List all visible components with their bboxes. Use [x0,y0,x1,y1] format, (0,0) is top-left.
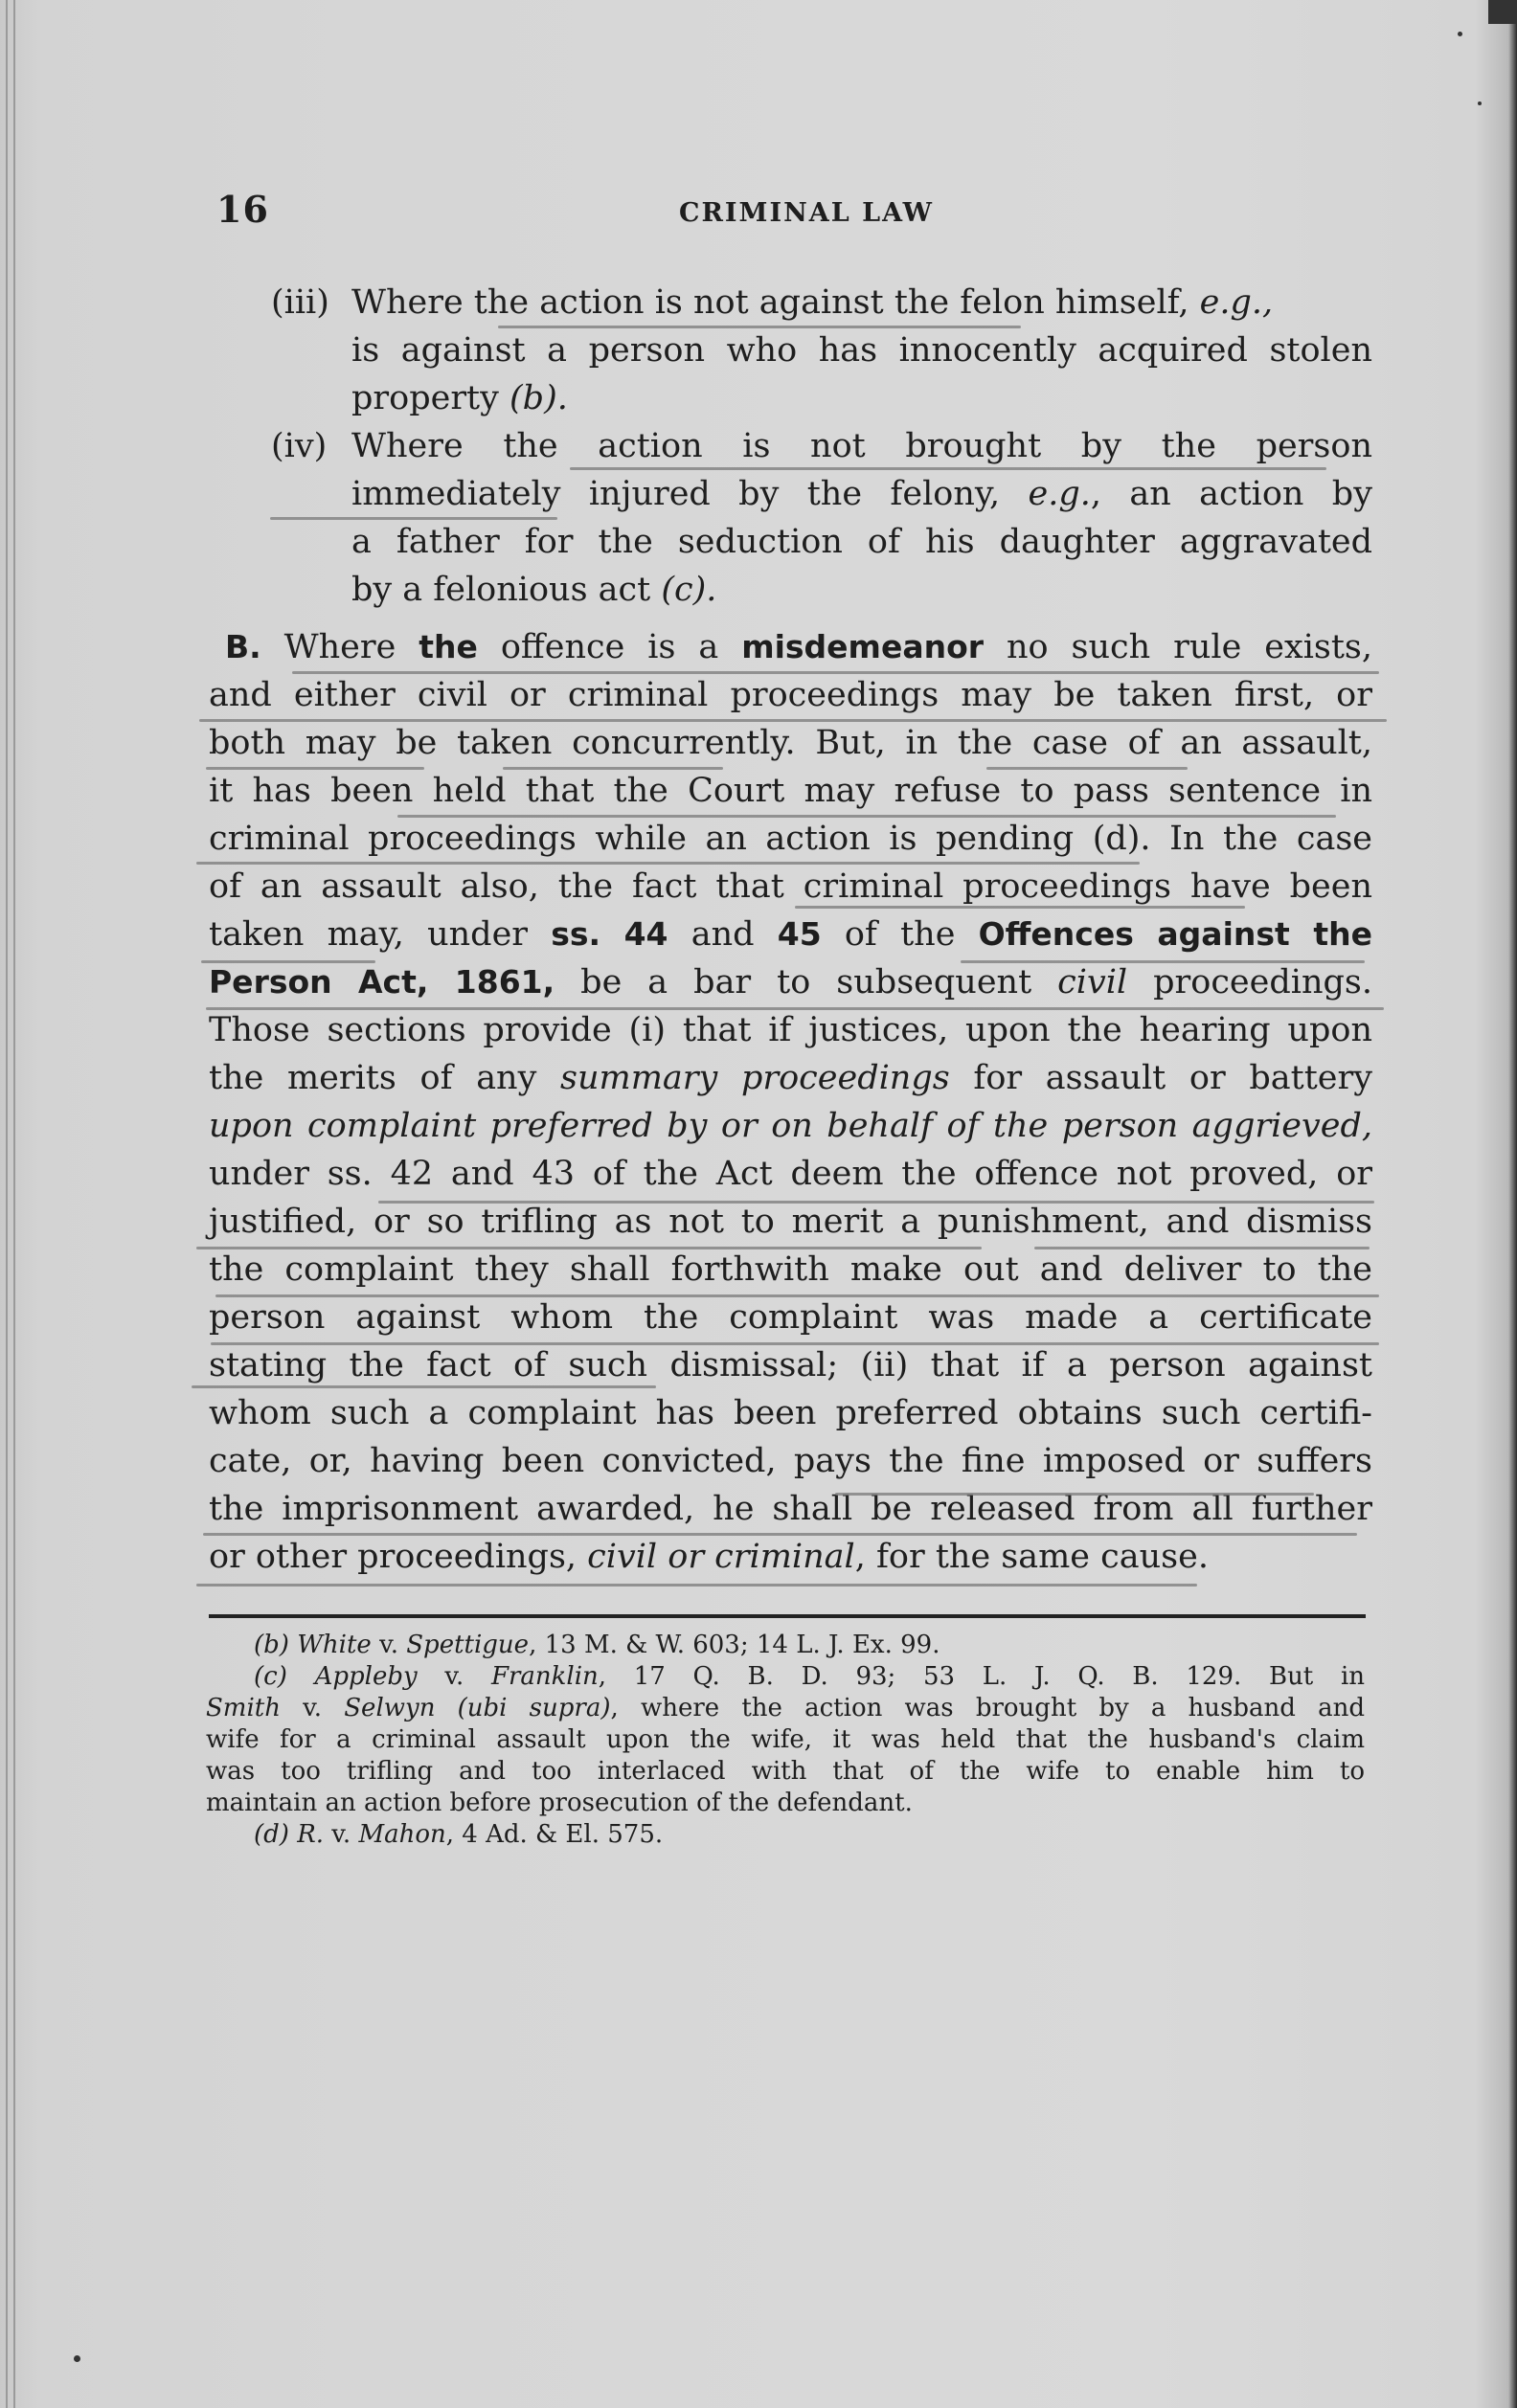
text-line: the complaint they shall forthwith make … [209,1250,1372,1289]
footnote-ref: (c). [661,571,716,609]
pencil-underline [986,767,1188,770]
text-span: , for the same cause. [855,1538,1209,1576]
text-span: offence is a [478,628,741,666]
footnote-c: (c) Appleby v. Franklin, 17 Q. B. D. 93;… [254,1661,1365,1693]
text-span: for assault or battery [950,1059,1372,1097]
text-line: Those sections provide (i) that if justi… [209,1011,1372,1049]
text-line: the imprisonment awarded, he shall be re… [209,1490,1372,1528]
case-name: R. [297,1820,324,1849]
text-line: of an assault also, the fact that crimin… [209,867,1372,906]
pencil-underline [1034,1247,1370,1249]
paper-speck [74,2355,80,2362]
bold-span: 45 [778,915,822,953]
paper-speck [1478,101,1482,105]
footnote-label: (c) [254,1662,287,1691]
text-line: Person Act, 1861, be a bar to subsequent… [209,963,1372,1001]
case-name: Franklin [491,1662,599,1691]
case-name: Smith [206,1694,281,1722]
case-name: Mahon [358,1820,445,1849]
text-span: taken may, under [209,915,551,954]
case-name: Selwyn [344,1694,435,1722]
pencil-underline [378,1201,1374,1204]
pencil-underline [199,719,1387,722]
text-line: immediately injured by the felony, e.g.,… [351,475,1372,513]
item-label: (iv) [271,427,327,465]
footnote-c-line: was too trifling and too interlaced with… [206,1756,1365,1788]
pencil-underline [206,1007,1384,1010]
pencil-underline [215,1294,1379,1297]
text-span: or other proceedings, [209,1538,587,1576]
pencil-underline [211,1342,1379,1345]
bold-span: Offences against the [979,915,1372,953]
italic-span: civil or criminal [587,1538,855,1576]
text-line: both may be taken concurrently. But, in … [209,724,1372,762]
text-line: and either civil or criminal proceedings… [209,676,1372,714]
text-line: Where the action is not against the felo… [351,283,1372,322]
text-span: no such rule exists, [984,628,1372,666]
italic-span: upon complaint preferred by or on behalf… [209,1107,1372,1145]
citation: , 4 Ad. & El. 575. [446,1820,663,1849]
pencil-underline [196,1584,1197,1587]
pencil-underline [570,467,1326,470]
text-line: criminal proceedings while an action is … [209,820,1372,858]
text-line: stating the fact of such dismissal; (ii)… [209,1346,1372,1384]
italic-span: e.g., [1200,283,1274,322]
text-line: upon complaint preferred by or on behalf… [209,1107,1372,1145]
text-line: the merits of any summary proceedings fo… [209,1059,1372,1097]
text-span: v. [324,1820,358,1849]
text-span: , where the action was brought by a husb… [611,1694,1366,1722]
italic-span: (ubi supra) [435,1694,610,1722]
italic-span: e.g. [1028,475,1090,513]
text-span: by a felonious act [351,571,661,609]
pencil-underline [196,862,1140,865]
text-span: proceedings. [1127,963,1372,1001]
text-line: justified, or so trifling as not to meri… [209,1203,1372,1241]
case-name: White [297,1631,372,1659]
text-span: v. [372,1631,406,1659]
text-line: it has been held that the Court may refu… [209,772,1372,810]
pencil-underline [206,767,424,770]
text-span: be a bar to subsequent [555,963,1057,1001]
pencil-underline [201,960,375,963]
citation: , 13 M. & W. 603; 14 L. J. Ex. 99. [529,1631,940,1659]
text-line: Where the action is not brought by the p… [351,427,1372,465]
page-edge-line [6,0,8,2408]
text-span: property [351,379,509,417]
text-span: Where the action is not against the felo… [351,283,1200,322]
section-marker: B. [225,628,261,665]
text-line: property (b). [351,379,568,417]
footnote-c-line: wife for a criminal assault upon the wif… [206,1724,1365,1756]
footnote-b: (b) White v. Spettigue, 13 M. & W. 603; … [254,1630,940,1661]
case-name: Appleby [315,1662,418,1691]
text-line: person against whom the complaint was ma… [209,1298,1372,1337]
pencil-underline [498,326,1021,328]
bold-span: Person Act, 1861, [209,963,555,1001]
page-edge-line [13,0,15,2408]
footnote-ref: (b). [509,379,568,417]
footnote-rule [209,1614,1366,1618]
bold-span: the [419,628,478,665]
text-line: whom such a complaint has been preferred… [209,1394,1372,1432]
pencil-underline [270,517,557,520]
text-span: and [668,915,778,954]
bold-span: ss. 44 [551,915,668,953]
text-span: v. [418,1662,491,1691]
text-span: v. [281,1694,344,1722]
text-line: taken may, under ss. 44 and 45 of the Of… [209,915,1372,954]
pencil-underline [192,1385,656,1388]
text-span: the merits of any [209,1059,560,1097]
pencil-underline [203,1533,1357,1536]
text-line: under ss. 42 and 43 of the Act deem the … [209,1155,1372,1193]
running-head: CRIMINAL LAW [0,198,1517,228]
italic-span: civil [1057,963,1127,1001]
text-span: , an action by [1091,475,1372,513]
footnote-d: (d) R. v. Mahon, 4 Ad. & El. 575. [254,1819,663,1851]
text-span: immediately injured by the felony, [351,475,1028,513]
text-line: a father for the seduction of his daught… [351,523,1372,561]
text-line: cate, or, having been convicted, pays th… [209,1442,1372,1480]
case-name: Spettigue [406,1631,529,1659]
corner-shadow [1488,0,1517,24]
text-line: B. Where the offence is a misdemeanor no… [225,628,1372,666]
pencil-underline [961,960,1365,963]
pencil-underline [835,1493,1314,1496]
footnote-label: (b) [254,1631,289,1659]
italic-span: summary proceedings [560,1059,950,1097]
footnote-c-line: maintain an action before prosecution of… [206,1788,913,1819]
text-line: by a felonious act (c). [351,571,716,609]
text-line: is against a person who has innocently a… [351,331,1372,370]
footnote-label: (d) [254,1820,289,1849]
pencil-underline [503,767,723,770]
pencil-underline [397,815,1336,818]
text-span: Where [261,628,419,666]
paper-speck [1458,32,1462,36]
citation: , 17 Q. B. D. 93; 53 L. J. Q. B. 129. Bu… [599,1662,1365,1691]
footnote-c-line: Smith v. Selwyn (ubi supra), where the a… [206,1693,1365,1724]
text-line: or other proceedings, civil or criminal,… [209,1538,1209,1576]
item-label: (iii) [271,283,329,322]
bold-span: misdemeanor [741,628,984,665]
pencil-underline [795,906,1245,909]
pencil-underline [292,671,1379,674]
pencil-underline [196,1247,982,1249]
text-span: of the [822,915,979,954]
